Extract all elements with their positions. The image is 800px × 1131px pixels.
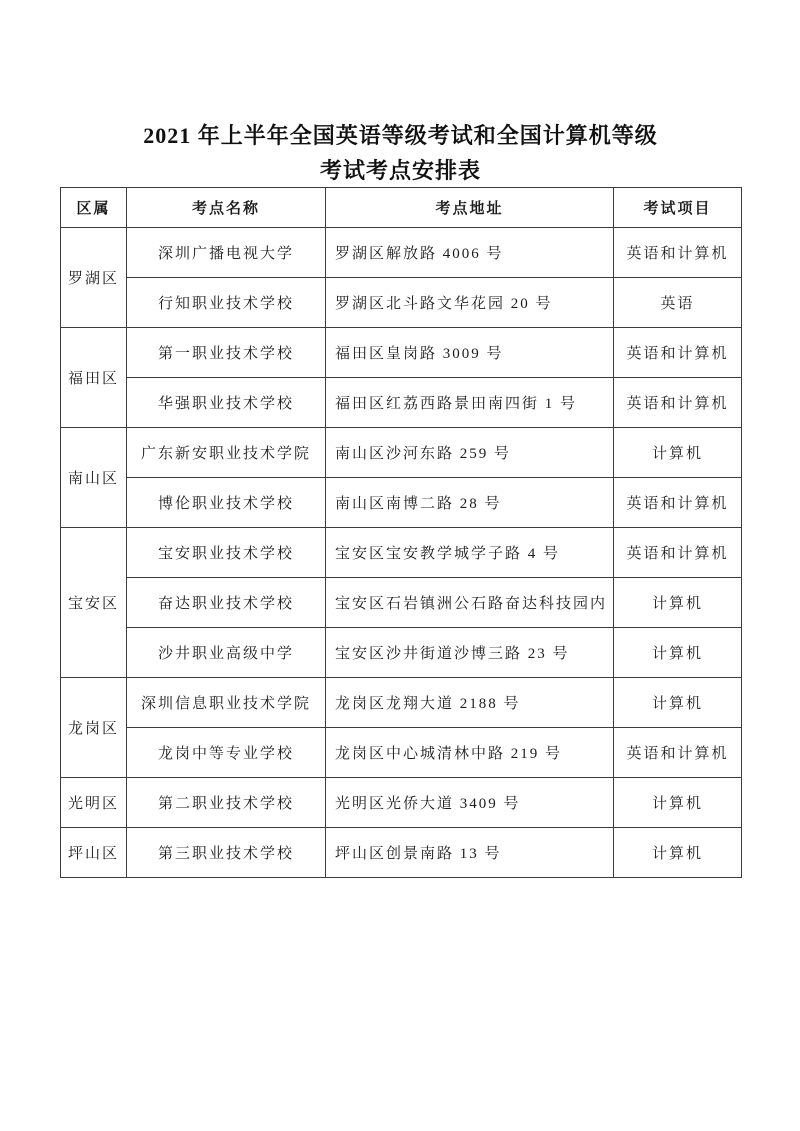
exam-subjects-cell: 计算机 <box>614 828 742 878</box>
district-cell: 宝安区 <box>61 528 127 678</box>
site-address-cell: 龙岗区龙翔大道 2188 号 <box>326 678 614 728</box>
site-address-cell: 坪山区创景南路 13 号 <box>326 828 614 878</box>
site-address-cell: 宝安区宝安教学城学子路 4 号 <box>326 528 614 578</box>
site-address-cell: 宝安区沙井街道沙博三路 23 号 <box>326 628 614 678</box>
table-row: 宝安区 宝安职业技术学校 宝安区宝安教学城学子路 4 号 英语和计算机 <box>61 528 742 578</box>
table-row: 南山区 广东新安职业技术学院 南山区沙河东路 259 号 计算机 <box>61 428 742 478</box>
site-name-cell: 博伦职业技术学校 <box>127 478 326 528</box>
site-address-cell: 福田区红荔西路景田南四街 1 号 <box>326 378 614 428</box>
site-name-cell: 广东新安职业技术学院 <box>127 428 326 478</box>
site-name-cell: 沙井职业高级中学 <box>127 628 326 678</box>
site-name-cell: 第二职业技术学校 <box>127 778 326 828</box>
site-name-cell: 第三职业技术学校 <box>127 828 326 878</box>
table-row: 奋达职业技术学校 宝安区石岩镇洲公石路奋达科技园内 计算机 <box>61 578 742 628</box>
site-name-cell: 奋达职业技术学校 <box>127 578 326 628</box>
table-row: 沙井职业高级中学 宝安区沙井街道沙博三路 23 号 计算机 <box>61 628 742 678</box>
exam-subjects-cell: 英语和计算机 <box>614 228 742 278</box>
district-cell: 南山区 <box>61 428 127 528</box>
site-name-cell: 龙岗中等专业学校 <box>127 728 326 778</box>
table-row: 龙岗中等专业学校 龙岗区中心城清林中路 219 号 英语和计算机 <box>61 728 742 778</box>
district-cell: 光明区 <box>61 778 127 828</box>
exam-subjects-cell: 英语和计算机 <box>614 328 742 378</box>
document-title: 2021 年上半年全国英语等级考试和全国计算机等级 考试考点安排表 <box>60 118 741 188</box>
table-row: 光明区 第二职业技术学校 光明区光侨大道 3409 号 计算机 <box>61 778 742 828</box>
table-row: 华强职业技术学校 福田区红荔西路景田南四街 1 号 英语和计算机 <box>61 378 742 428</box>
header-site-name: 考点名称 <box>127 188 326 228</box>
district-cell: 罗湖区 <box>61 228 127 328</box>
site-address-cell: 光明区光侨大道 3409 号 <box>326 778 614 828</box>
exam-subjects-cell: 英语和计算机 <box>614 378 742 428</box>
site-name-cell: 宝安职业技术学校 <box>127 528 326 578</box>
site-address-cell: 龙岗区中心城清林中路 219 号 <box>326 728 614 778</box>
site-name-cell: 华强职业技术学校 <box>127 378 326 428</box>
header-district: 区属 <box>61 188 127 228</box>
table-row: 福田区 第一职业技术学校 福田区皇岗路 3009 号 英语和计算机 <box>61 328 742 378</box>
document-page: 2021 年上半年全国英语等级考试和全国计算机等级 考试考点安排表 区属 考点名… <box>0 0 800 1131</box>
site-name-cell: 第一职业技术学校 <box>127 328 326 378</box>
exam-subjects-cell: 英语和计算机 <box>614 478 742 528</box>
table-row: 龙岗区 深圳信息职业技术学院 龙岗区龙翔大道 2188 号 计算机 <box>61 678 742 728</box>
table-row: 坪山区 第三职业技术学校 坪山区创景南路 13 号 计算机 <box>61 828 742 878</box>
district-cell: 坪山区 <box>61 828 127 878</box>
exam-subjects-cell: 计算机 <box>614 778 742 828</box>
site-address-cell: 宝安区石岩镇洲公石路奋达科技园内 <box>326 578 614 628</box>
exam-sites-table: 区属 考点名称 考点地址 考试项目 罗湖区 深圳广播电视大学 罗湖区解放路 40… <box>60 187 742 878</box>
exam-subjects-cell: 计算机 <box>614 578 742 628</box>
table-row: 博伦职业技术学校 南山区南博二路 28 号 英语和计算机 <box>61 478 742 528</box>
district-cell: 龙岗区 <box>61 678 127 778</box>
exam-subjects-cell: 英语 <box>614 278 742 328</box>
exam-subjects-cell: 计算机 <box>614 428 742 478</box>
title-line-2: 考试考点安排表 <box>60 153 741 188</box>
exam-subjects-cell: 计算机 <box>614 678 742 728</box>
exam-subjects-cell: 英语和计算机 <box>614 528 742 578</box>
site-address-cell: 罗湖区北斗路文华花园 20 号 <box>326 278 614 328</box>
exam-subjects-cell: 英语和计算机 <box>614 728 742 778</box>
site-address-cell: 南山区南博二路 28 号 <box>326 478 614 528</box>
site-name-cell: 深圳信息职业技术学院 <box>127 678 326 728</box>
exam-subjects-cell: 计算机 <box>614 628 742 678</box>
header-site-address: 考点地址 <box>326 188 614 228</box>
title-line-1: 2021 年上半年全国英语等级考试和全国计算机等级 <box>60 118 741 153</box>
site-address-cell: 福田区皇岗路 3009 号 <box>326 328 614 378</box>
table-header-row: 区属 考点名称 考点地址 考试项目 <box>61 188 742 228</box>
table-row: 行知职业技术学校 罗湖区北斗路文华花园 20 号 英语 <box>61 278 742 328</box>
table-row: 罗湖区 深圳广播电视大学 罗湖区解放路 4006 号 英语和计算机 <box>61 228 742 278</box>
site-name-cell: 深圳广播电视大学 <box>127 228 326 278</box>
site-address-cell: 南山区沙河东路 259 号 <box>326 428 614 478</box>
site-name-cell: 行知职业技术学校 <box>127 278 326 328</box>
site-address-cell: 罗湖区解放路 4006 号 <box>326 228 614 278</box>
district-cell: 福田区 <box>61 328 127 428</box>
header-exam-subjects: 考试项目 <box>614 188 742 228</box>
